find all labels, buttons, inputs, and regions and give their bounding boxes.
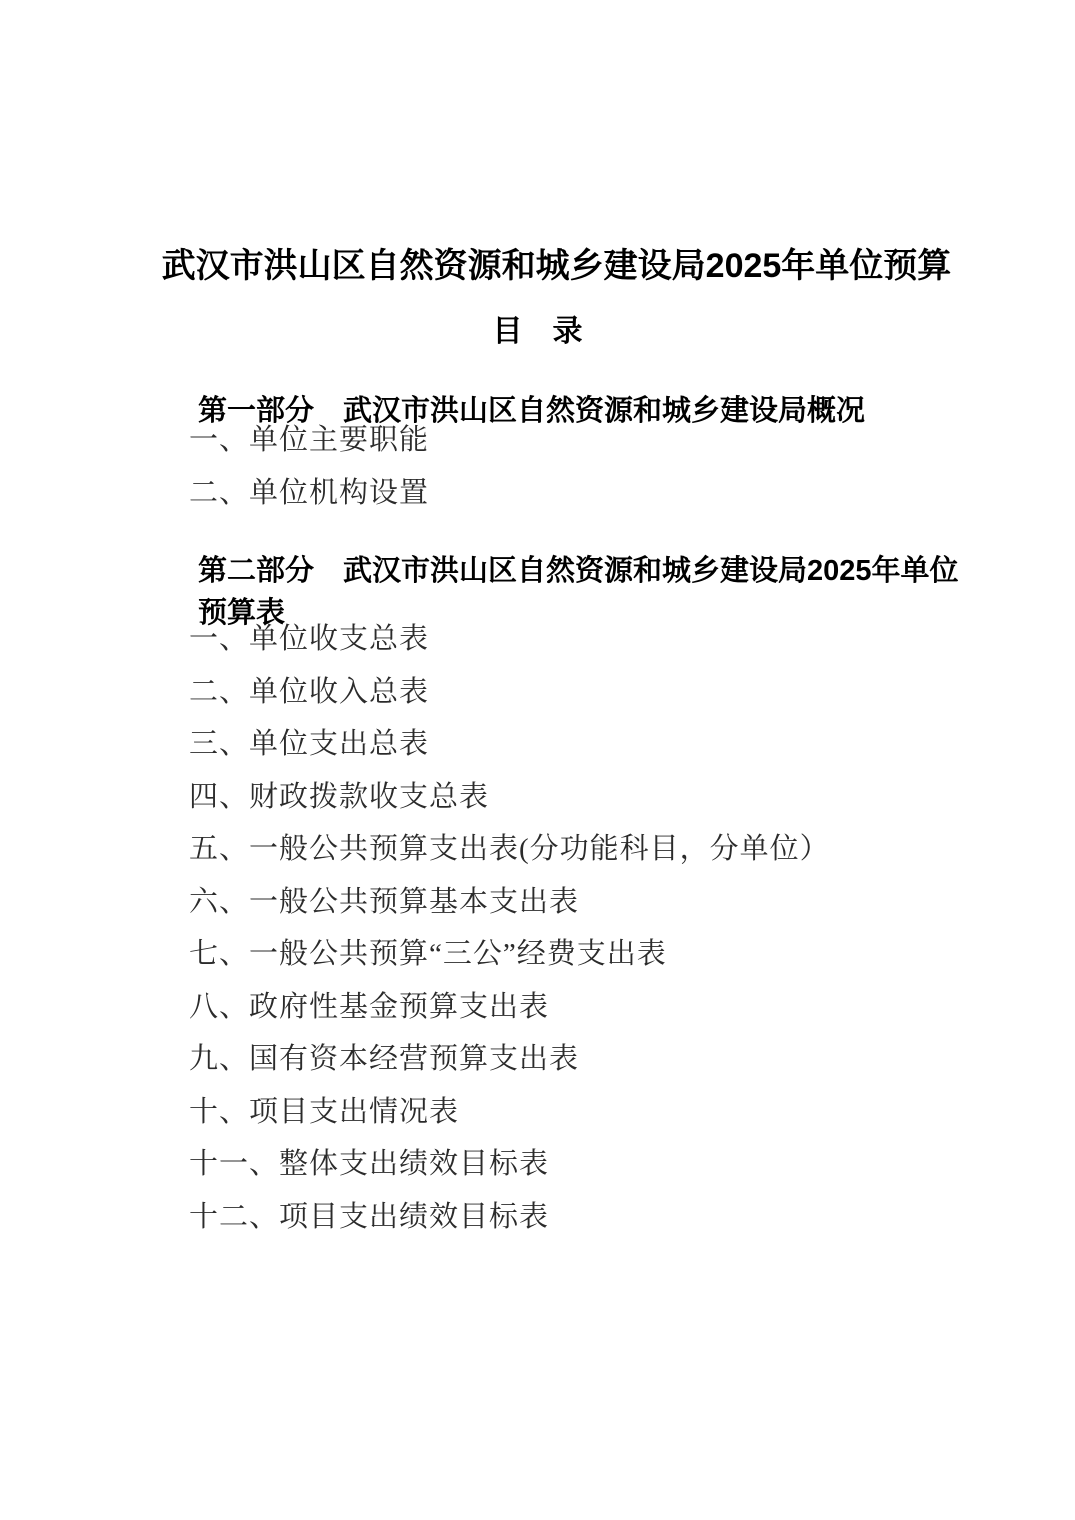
document-title: 武汉市洪山区自然资源和城乡建设局2025年单位预算: [0, 246, 1075, 286]
document-page: 武汉市洪山区自然资源和城乡建设局2025年单位预算 目 录 第一部分 武汉市洪山…: [0, 0, 1075, 1520]
part2-heading-line1: 第二部分 武汉市洪山区自然资源和城乡建设局2025年单位: [198, 550, 955, 592]
toc-item: 一、单位收支总表: [189, 620, 995, 673]
toc-item: 九、国有资本经营预算支出表: [189, 1040, 995, 1093]
toc-item: 一、单位主要职能: [189, 421, 995, 474]
toc-item: 八、政府性基金预算支出表: [189, 988, 995, 1041]
part2-toc-list: 一、单位收支总表 二、单位收入总表 三、单位支出总表 四、财政拨款收支总表 五、…: [189, 620, 995, 1250]
part1-toc-list: 一、单位主要职能 二、单位机构设置: [189, 421, 995, 526]
toc-item: 三、单位支出总表: [189, 725, 995, 778]
toc-heading: 目 录: [0, 314, 1075, 350]
toc-item: 四、财政拨款收支总表: [189, 778, 995, 831]
toc-item: 十、项目支出情况表: [189, 1093, 995, 1146]
toc-item: 十二、项目支出绩效目标表: [189, 1198, 995, 1251]
toc-item: 二、单位收入总表: [189, 673, 995, 726]
toc-item: 五、一般公共预算支出表(分功能科目，分单位）: [189, 830, 995, 883]
toc-item: 六、一般公共预算基本支出表: [189, 883, 995, 936]
toc-item: 七、一般公共预算“三公”经费支出表: [189, 935, 995, 988]
toc-item: 十一、整体支出绩效目标表: [189, 1145, 995, 1198]
toc-item: 二、单位机构设置: [189, 474, 995, 527]
